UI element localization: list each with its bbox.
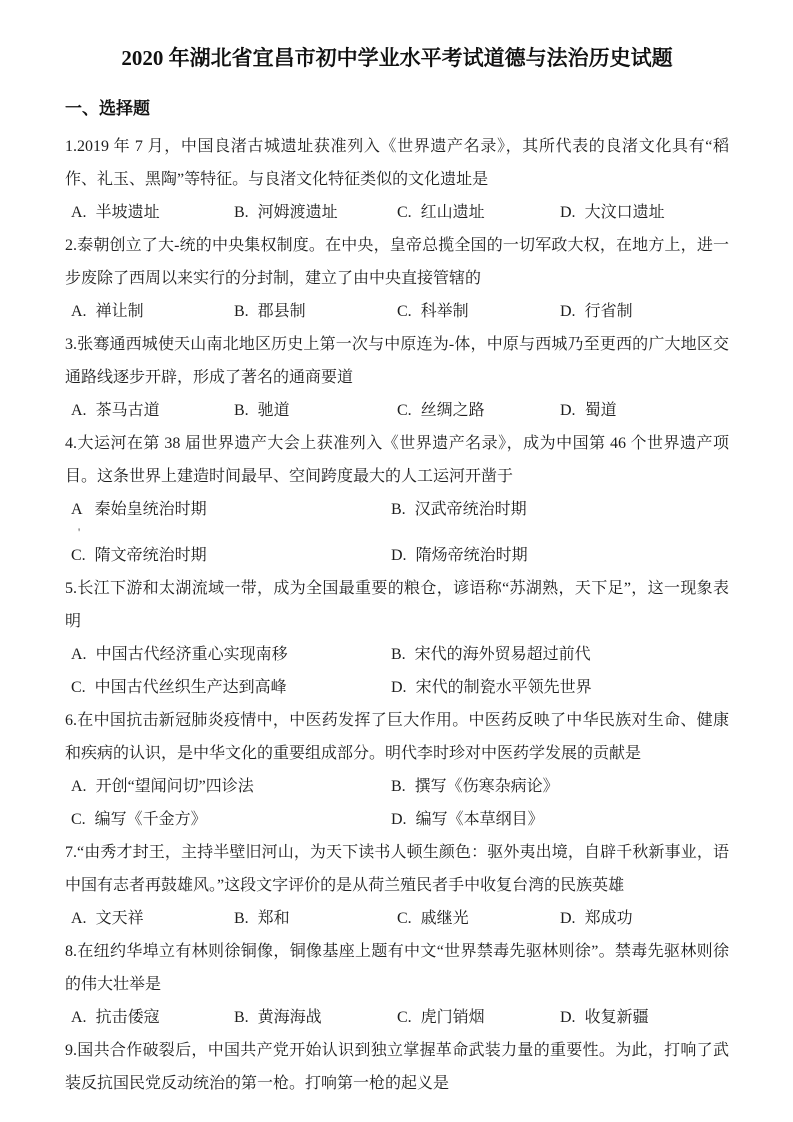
question-body: 泰朝创立了大-统的中央集权制度。在中央，皇帝总揽全国的一切军政大权，在地方上，进… [65,237,729,287]
option-label: D. [560,910,576,927]
option-a: A.抗击倭寇 [71,1001,234,1034]
question-text: 2.泰朝创立了大-统的中央集权制度。在中央，皇帝总揽全国的一切军政大权，在地方上… [65,229,729,295]
question-number: 2. [65,237,77,254]
question-number: 9. [65,1042,77,1059]
option-a: A.茶马古道 [71,394,234,427]
option-c: C.隋文帝统治时期 [71,539,391,572]
option-label: C. [397,303,412,320]
option-text: 红山遗址 [421,204,485,221]
option-text: 编写《千金方》 [95,811,207,828]
option-label: C. [71,811,86,828]
option-text: 蜀道 [585,402,617,419]
exam-page: 2020 年湖北省宜昌市初中学业水平考试道德与法治历史试题 一、选择题 1.20… [0,0,793,1122]
option-text: 河姆渡遗址 [258,204,338,221]
option-text: 开创“望闻问切”四诊法 [96,778,254,795]
options-row: A.开创“望闻问切”四诊法 B.撰写《伤寒杂病论》 [65,770,729,803]
option-text: 中国古代经济重心实现南移 [96,646,288,663]
option-label: C. [397,910,412,927]
option-text: 行省制 [585,303,633,320]
question-6: 6.在中国抗击新冠肺炎疫情中，中医药发挥了巨大作用。中医药反映了中华民族对生命、… [65,704,729,836]
option-d: D.隋炀帝统治时期 [391,539,528,572]
question-body: 长江下游和太湖流域一带，成为全国最重要的粮仓，谚语称“苏湖熟，天下足”，这一现象… [65,580,729,630]
option-label: B. [391,646,406,663]
options-row: A.抗击倭寇 B.黄海海战 C.虎门销烟 D.收复新疆 [65,1001,729,1034]
question-text: 7.“由秀才封王，主持半壁旧河山，为天下读书人顿生颜色：驱外夷出境，自辟千秋新事… [65,836,729,902]
option-d: D.郑成功 [560,902,633,935]
question-number: 6. [65,712,77,729]
question-2: 2.泰朝创立了大-统的中央集权制度。在中央，皇帝总揽全国的一切军政大权，在地方上… [65,229,729,328]
question-number: 7. [65,844,77,861]
option-label: A. [71,204,87,221]
option-c: C.红山遗址 [397,196,560,229]
question-text: 3.张骞通西城使天山南北地区历史上第一次与中原连为-体，中原与西城乃至更西的广大… [65,328,729,394]
option-c: C.中国古代丝织生产达到高峰 [71,671,391,704]
question-body: “由秀才封王，主持半壁旧河山，为天下读书人顿生颜色：驱外夷出境，自辟千秋新事业，… [65,844,729,894]
option-label: A. [71,646,87,663]
option-text: 汉武帝统治时期 [415,501,527,518]
option-text: 文天祥 [96,910,144,927]
question-body: 国共合作破裂后，中国共产党开始认识到独立掌握革命武装力量的重要性。为此，打响了武… [65,1042,729,1092]
option-label: D. [391,811,407,828]
option-c: C.丝绸之路 [397,394,560,427]
option-c: C.科举制 [397,295,560,328]
option-text: 禅让制 [96,303,144,320]
option-label: D. [560,303,576,320]
option-b: B.黄海海战 [234,1001,397,1034]
option-label: B. [234,1009,249,1026]
option-label: A. [71,402,87,419]
option-c: C.戚继光 [397,902,560,935]
option-label: A. [71,778,87,795]
question-text: 4.大运河在第 38 届世界遗产大会上获准列入《世界遗产名录》，成为中国第 46… [65,427,729,493]
option-label: A [71,501,83,518]
option-text: 收复新疆 [585,1009,649,1026]
option-c: C.虎门销烟 [397,1001,560,1034]
question-3: 3.张骞通西城使天山南北地区历史上第一次与中原连为-体，中原与西城乃至更西的广大… [65,328,729,427]
option-text: 黄海海战 [258,1009,322,1026]
question-9: 9.国共合作破裂后，中国共产党开始认识到独立掌握革命武装力量的重要性。为此，打响… [65,1034,729,1100]
question-5: 5.长江下游和太湖流域一带，成为全国最重要的粮仓，谚语称“苏湖熟，天下足”，这一… [65,572,729,704]
option-b: B.河姆渡遗址 [234,196,397,229]
option-label: A. [71,1009,87,1026]
options-row: A.茶马古道 B.驰道 C.丝绸之路 D.蜀道 [65,394,729,427]
options-row: A.中国古代经济重心实现南移 B.宋代的海外贸易超过前代 [65,638,729,671]
option-label: B. [234,910,249,927]
option-text: 虎门销烟 [421,1009,485,1026]
option-label: C. [397,1009,412,1026]
question-1: 1.2019 年 7 月，中国良渚古城遗址获准列入《世界遗产名录》，其所代表的良… [65,130,729,229]
option-text: 丝绸之路 [421,402,485,419]
option-b: B.撰写《伤寒杂病论》 [391,770,559,803]
option-b: B.汉武帝统治时期 [391,493,527,526]
option-text: 大汶口遗址 [585,204,665,221]
option-text: 编写《本草纲目》 [416,811,544,828]
option-label: B. [391,501,406,518]
option-label: C. [71,679,86,696]
option-text: 科举制 [421,303,469,320]
option-d: D.行省制 [560,295,633,328]
option-text: 郑成功 [585,910,633,927]
question-text: 5.长江下游和太湖流域一带，成为全国最重要的粮仓，谚语称“苏湖熟，天下足”，这一… [65,572,729,638]
question-text: 6.在中国抗击新冠肺炎疫情中，中医药发挥了巨大作用。中医药反映了中华民族对生命、… [65,704,729,770]
option-b: B.驰道 [234,394,397,427]
option-label: D. [391,679,407,696]
option-label: C. [397,402,412,419]
option-label: B. [234,303,249,320]
option-label: B. [234,402,249,419]
question-body: 张骞通西城使天山南北地区历史上第一次与中原连为-体，中原与西城乃至更西的广大地区… [65,336,729,386]
option-label: B. [391,778,406,795]
option-text: 抗击倭寇 [96,1009,160,1026]
option-text: 隋炀帝统治时期 [416,547,528,564]
option-text: 戚继光 [421,910,469,927]
section-heading: 一、选择题 [65,94,729,124]
option-b: B.郑和 [234,902,397,935]
option-text: 郑和 [258,910,290,927]
question-number: 4. [65,435,77,452]
option-c: C.编写《千金方》 [71,803,391,836]
option-text: 驰道 [258,402,290,419]
question-text: 8.在纽约华埠立有林则徐铜像，铜像基座上题有中文“世界禁毒先驱林则徐”。禁毒先驱… [65,935,729,1001]
question-4: 4.大运河在第 38 届世界遗产大会上获准列入《世界遗产名录》，成为中国第 46… [65,427,729,572]
option-label: D. [560,1009,576,1026]
question-body: 大运河在第 38 届世界遗产大会上获准列入《世界遗产名录》，成为中国第 46 个… [65,435,729,485]
option-text: 秦始皇统治时期 [95,501,207,518]
question-number: 8. [65,943,77,960]
option-text: 撰写《伤寒杂病论》 [415,778,559,795]
option-a: A.开创“望闻问切”四诊法 [71,770,391,803]
option-d: D.蜀道 [560,394,617,427]
question-body: 在纽约华埠立有林则徐铜像，铜像基座上题有中文“世界禁毒先驱林则徐”。禁毒先驱林则… [65,943,729,993]
option-d: D.编写《本草纲目》 [391,803,544,836]
options-row: C.隋文帝统治时期 D.隋炀帝统治时期 [65,539,729,572]
question-number: 3. [65,336,77,353]
options-row: C.编写《千金方》 D.编写《本草纲目》 [65,803,729,836]
option-text: 茶马古道 [96,402,160,419]
options-row: A.半坡遗址 B.河姆渡遗址 C.红山遗址 D.大汶口遗址 [65,196,729,229]
option-a: A秦始皇统治时期 [71,493,391,526]
question-text: 9.国共合作破裂后，中国共产党开始认识到独立掌握革命武装力量的重要性。为此，打响… [65,1034,729,1100]
option-label: A. [71,303,87,320]
option-b: B.宋代的海外贸易超过前代 [391,638,591,671]
option-label: C. [397,204,412,221]
option-label: A. [71,910,87,927]
question-number: 5. [65,580,77,597]
options-row: A秦始皇统治时期 B.汉武帝统治时期 [65,493,729,526]
options-row: A.禅让制 B.郡县制 C.科举制 D.行省制 [65,295,729,328]
option-a: A.文天祥 [71,902,234,935]
options-row: C.中国古代丝织生产达到高峰 D.宋代的制瓷水平领先世界 [65,671,729,704]
option-label: C. [71,547,86,564]
option-text: 宋代的海外贸易超过前代 [415,646,591,663]
option-b: B.郡县制 [234,295,397,328]
option-a: A.中国古代经济重心实现南移 [71,638,391,671]
option-text: 半坡遗址 [96,204,160,221]
question-7: 7.“由秀才封王，主持半壁旧河山，为天下读书人顿生颜色：驱外夷出境，自辟千秋新事… [65,836,729,935]
option-text: 中国古代丝织生产达到高峰 [95,679,287,696]
option-a: A.禅让制 [71,295,234,328]
stray-mark: ' [65,526,729,539]
option-text: 隋文帝统治时期 [95,547,207,564]
option-label: D. [391,547,407,564]
option-a: A.半坡遗址 [71,196,234,229]
option-d: D.宋代的制瓷水平领先世界 [391,671,592,704]
options-row: A.文天祥 B.郑和 C.戚继光 D.郑成功 [65,902,729,935]
question-body: 2019 年 7 月，中国良渚古城遗址获准列入《世界遗产名录》，其所代表的良渚文… [65,138,729,188]
option-text: 宋代的制瓷水平领先世界 [416,679,592,696]
option-d: D.大汶口遗址 [560,196,665,229]
question-8: 8.在纽约华埠立有林则徐铜像，铜像基座上题有中文“世界禁毒先驱林则徐”。禁毒先驱… [65,935,729,1034]
page-title: 2020 年湖北省宜昌市初中学业水平考试道德与法治历史试题 [65,42,729,74]
option-label: D. [560,402,576,419]
question-text: 1.2019 年 7 月，中国良渚古城遗址获准列入《世界遗产名录》，其所代表的良… [65,130,729,196]
option-label: B. [234,204,249,221]
question-body: 在中国抗击新冠肺炎疫情中，中医药发挥了巨大作用。中医药反映了中华民族对生命、健康… [65,712,729,762]
option-label: D. [560,204,576,221]
question-number: 1. [65,138,77,155]
option-d: D.收复新疆 [560,1001,649,1034]
option-text: 郡县制 [258,303,306,320]
